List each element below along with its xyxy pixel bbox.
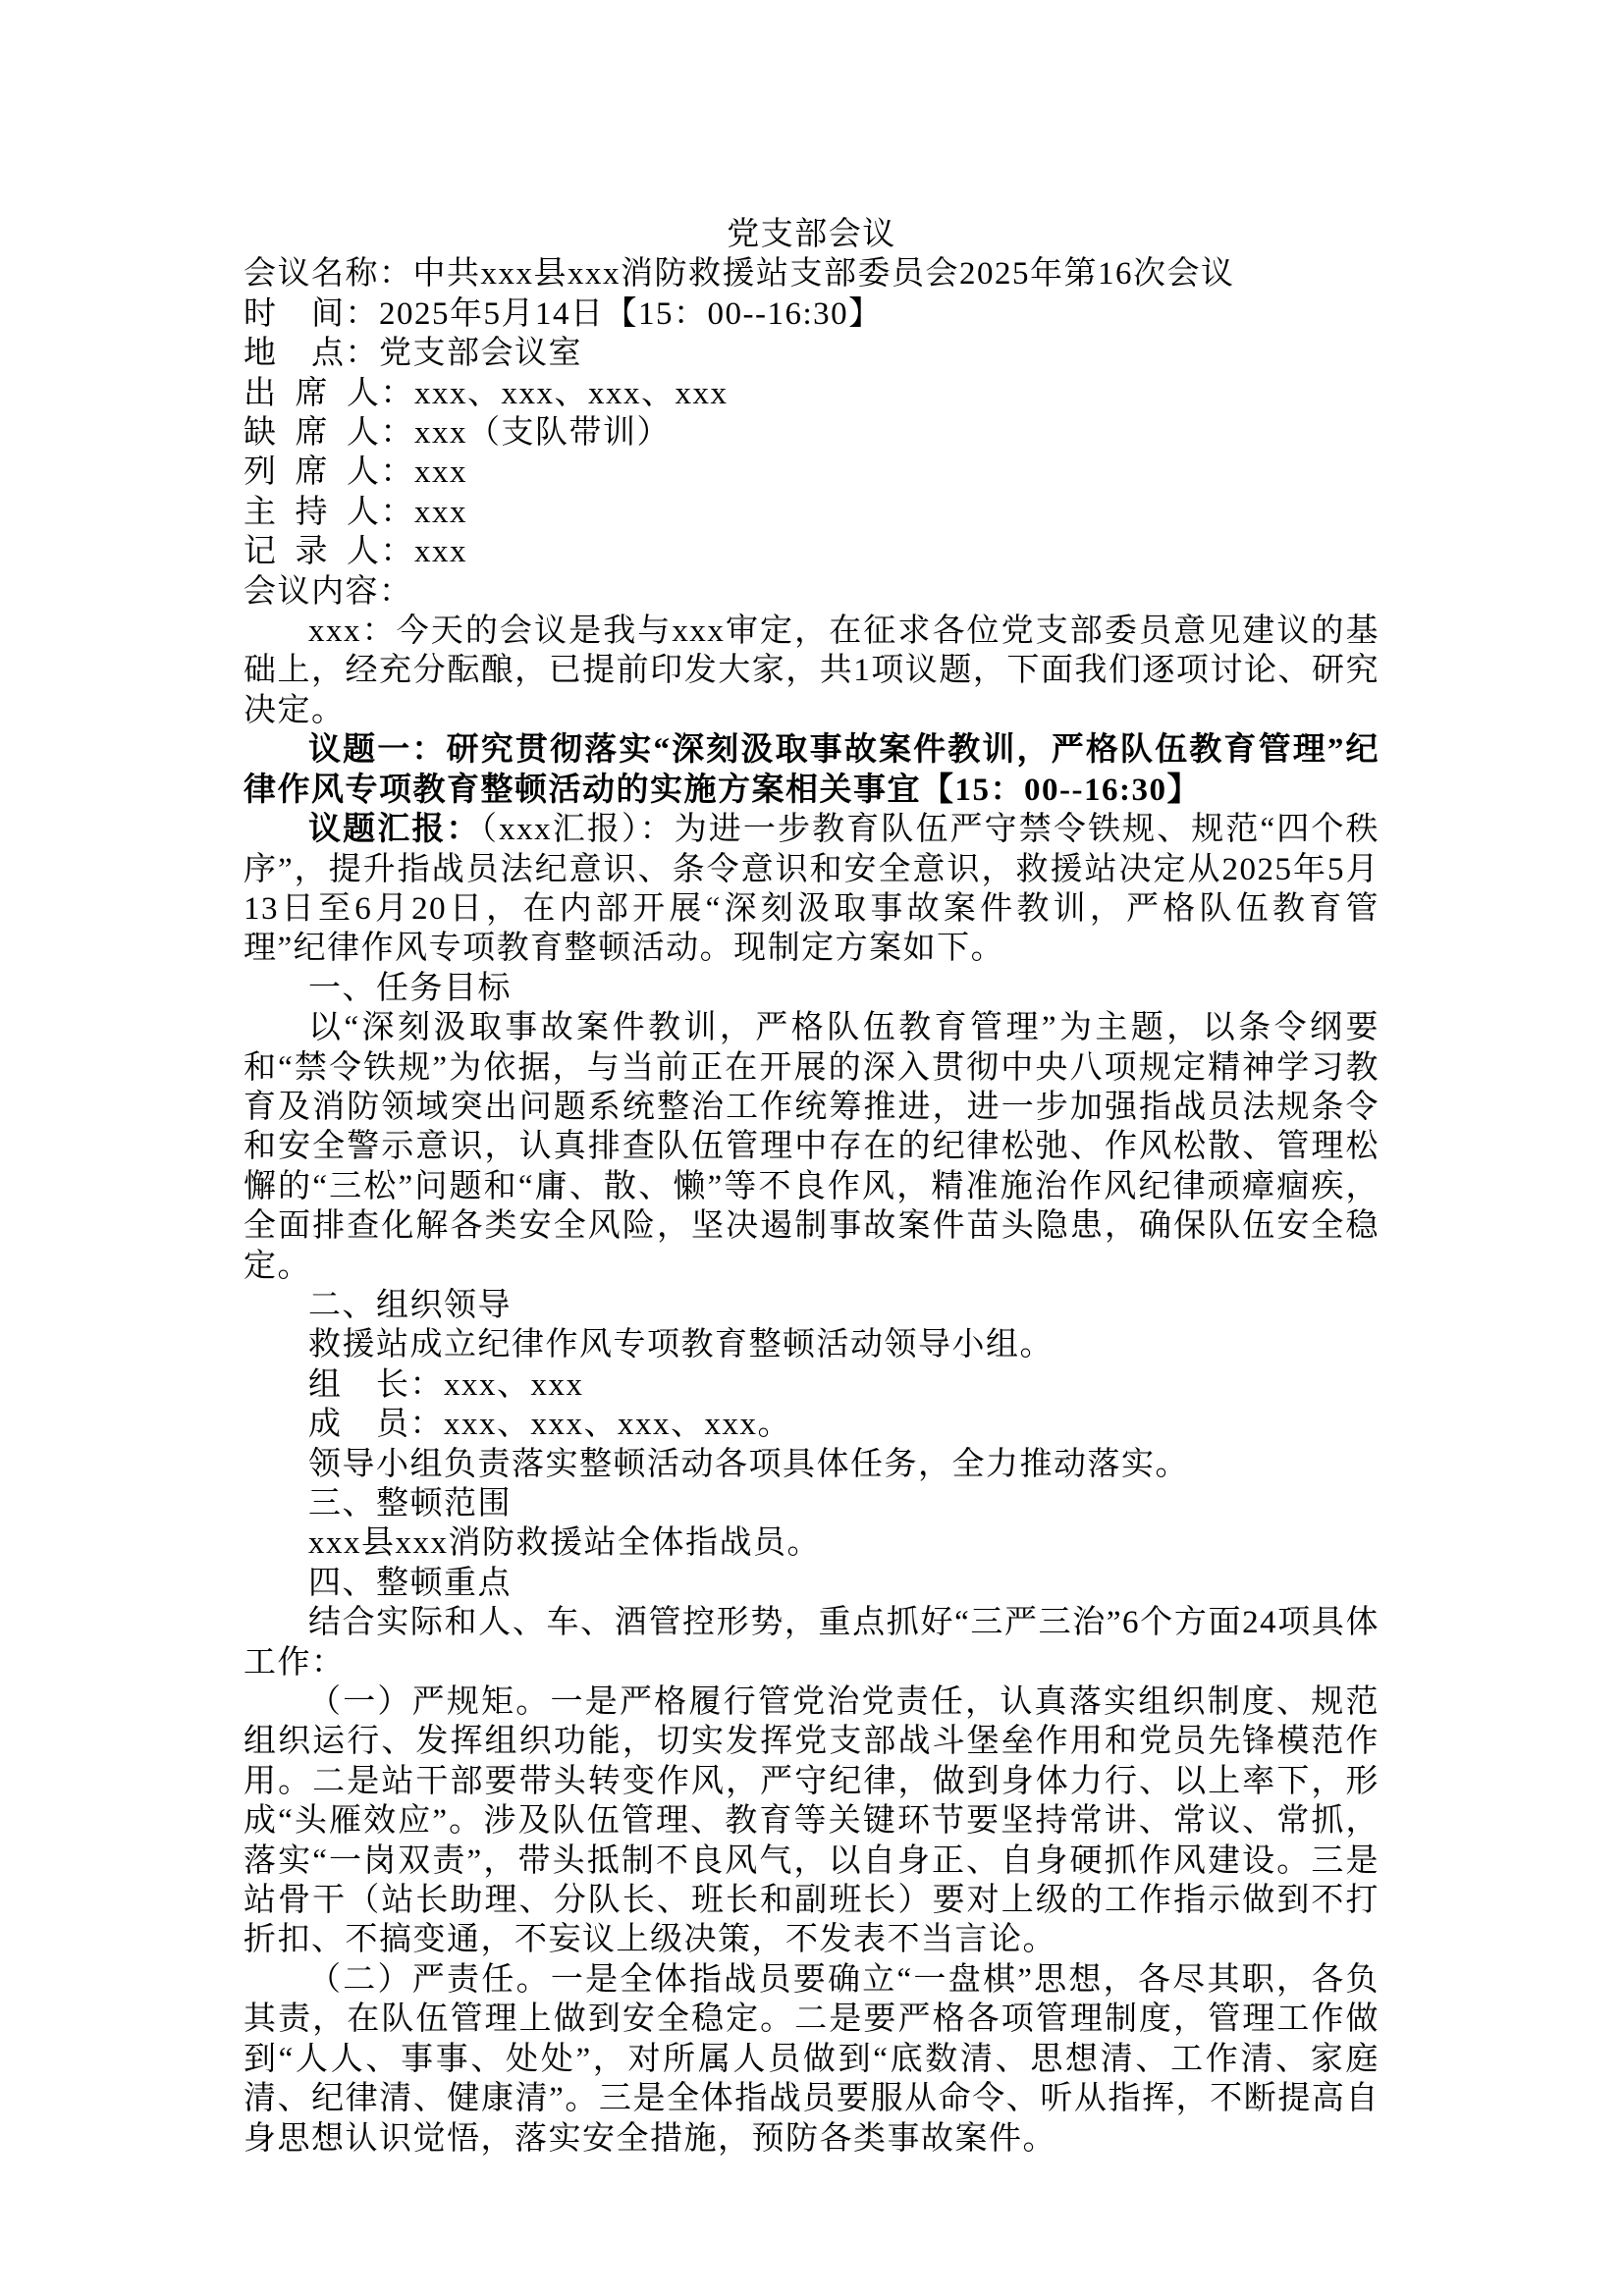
meta-attendees: 出 席 人：xxx、xxx、xxx、xxx xyxy=(243,374,1380,413)
meta-meeting-name: 会议名称：中共xxx县xxx消防救援站支部委员会2025年第16次会议 xyxy=(243,254,1380,294)
section-three-body: xxx县xxx消防救援站全体指战员。 xyxy=(243,1523,1380,1563)
section-two-intro: 救援站成立纪律作风专项教育整顿活动领导小组。 xyxy=(243,1325,1380,1364)
paragraph-text-bold: 议题一：研究贯彻落实“深刻汲取事故案件教训，严格队伍教育管理”纪律作风专项教育整… xyxy=(243,732,1380,807)
section-four-intro: 结合实际和人、车、酒管控形势，重点抓好“三严三治”6个方面24项具体工作： xyxy=(243,1603,1380,1682)
section-one-heading: 一、任务目标 xyxy=(243,969,1380,1008)
paragraph-text: xxx：今天的会议是我与xxx审定，在征求各位党支部委员意见建议的基础上，经充分… xyxy=(243,614,1380,728)
paragraph-container: 会议名称：中共xxx县xxx消防救援站支部委员会2025年第16次会议时 间：2… xyxy=(243,254,1380,2159)
paragraph-text: 救援站成立纪律作风专项教育整顿活动领导小组。 xyxy=(308,1327,1054,1362)
opening-remarks: xxx：今天的会议是我与xxx审定，在征求各位党支部委员意见建议的基础上，经充分… xyxy=(243,612,1380,730)
paragraph-text: 时 间：2025年5月14日【15：00--16:30】 xyxy=(243,296,883,332)
document-page: 党支部会议 会议名称：中共xxx县xxx消防救援站支部委员会2025年第16次会… xyxy=(0,0,1623,2296)
paragraph-text: 一、任务目标 xyxy=(308,971,512,1006)
meta-content-label: 会议内容： xyxy=(243,572,1380,612)
meta-location: 地 点：党支部会议室 xyxy=(243,334,1380,373)
agenda-one-heading: 议题一：研究贯彻落实“深刻汲取事故案件教训，严格队伍教育管理”纪律作风专项教育整… xyxy=(243,730,1380,810)
meta-time: 时 间：2025年5月14日【15：00--16:30】 xyxy=(243,294,1380,334)
paragraph-text: 缺 席 人：xxx（支队带训） xyxy=(243,415,671,451)
meta-host: 主 持 人：xxx xyxy=(243,493,1380,532)
paragraph-text-bold: 议题汇报： xyxy=(308,812,481,847)
paragraph-text: 出 席 人：xxx、xxx、xxx、xxx xyxy=(243,376,729,411)
section-one-body: 以“深刻汲取事故案件教训，严格队伍教育管理”为主题，以条令纲要和“禁令铁规”为依… xyxy=(243,1008,1380,1286)
paragraph-text: 组 长：xxx、xxx xyxy=(308,1367,584,1403)
paragraph-text: 记 录 人：xxx xyxy=(243,534,467,569)
paragraph-text: 主 持 人：xxx xyxy=(243,495,467,530)
paragraph-text: xxx县xxx消防救援站全体指战员。 xyxy=(308,1525,821,1561)
group-duty: 领导小组负责落实整顿活动各项具体任务，全力推动落实。 xyxy=(243,1445,1380,1484)
group-leader: 组 长：xxx、xxx xyxy=(243,1365,1380,1405)
paragraph-text: 四、整顿重点 xyxy=(308,1566,512,1601)
paragraph-text: 成 员：xxx、xxx、xxx、xxx。 xyxy=(308,1407,791,1442)
paragraph-text: 二、组织领导 xyxy=(308,1288,512,1323)
paragraph-text: 以“深刻汲取事故案件教训，严格队伍教育管理”为主题，以条令纲要和“禁令铁规”为依… xyxy=(243,1010,1380,1283)
agenda-report: 议题汇报：（xxx汇报）：为进一步教育队伍严守禁令铁规、规范“四个秩序”，提升指… xyxy=(243,810,1380,969)
paragraph-text: 三、整顿范围 xyxy=(308,1486,512,1522)
paragraph-text: （二）严责任。一是全体指战员要确立“一盘棋”思想，各尽其职，各负其责，在队伍管理… xyxy=(243,1962,1380,2157)
point-two: （二）严责任。一是全体指战员要确立“一盘棋”思想，各尽其职，各负其责，在队伍管理… xyxy=(243,1960,1380,2159)
section-three-heading: 三、整顿范围 xyxy=(243,1484,1380,1523)
meta-recorder: 记 录 人：xxx xyxy=(243,532,1380,571)
document-content: 党支部会议 会议名称：中共xxx县xxx消防救援站支部委员会2025年第16次会… xyxy=(243,215,1380,2159)
meta-absentees: 缺 席 人：xxx（支队带训） xyxy=(243,413,1380,453)
point-one: （一）严规矩。一是严格履行管党治党责任，认真落实组织制度、规范组织运行、发挥组织… xyxy=(243,1682,1380,1960)
meta-observers: 列 席 人：xxx xyxy=(243,453,1380,492)
paragraph-text: 列 席 人：xxx xyxy=(243,454,467,490)
paragraph-text: 会议内容： xyxy=(243,574,413,610)
paragraph-text: 会议名称：中共xxx县xxx消防救援站支部委员会2025年第16次会议 xyxy=(243,256,1235,292)
paragraph-text: 结合实际和人、车、酒管控形势，重点抓好“三严三治”6个方面24项具体工作： xyxy=(243,1605,1380,1680)
paragraph-text: （一）严规矩。一是严格履行管党治党责任，认真落实组织制度、规范组织运行、发挥组织… xyxy=(243,1684,1380,1957)
document-title: 党支部会议 xyxy=(243,215,1380,254)
section-two-heading: 二、组织领导 xyxy=(243,1286,1380,1325)
paragraph-text: 地 点：党支部会议室 xyxy=(243,336,582,371)
section-four-heading: 四、整顿重点 xyxy=(243,1564,1380,1603)
paragraph-text: 领导小组负责落实整顿活动各项具体任务，全力推动落实。 xyxy=(308,1447,1189,1482)
group-members: 成 员：xxx、xxx、xxx、xxx。 xyxy=(243,1405,1380,1444)
